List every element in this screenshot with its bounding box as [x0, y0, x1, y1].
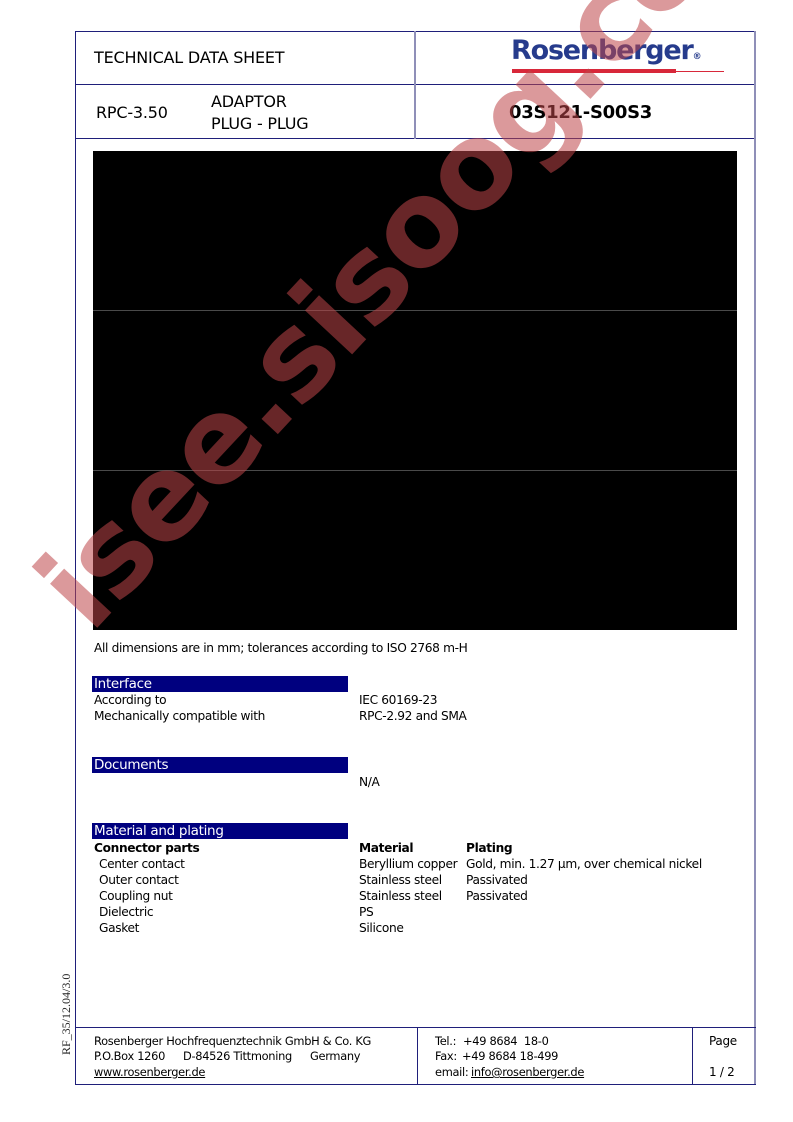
part-name: Outer contact: [99, 873, 179, 887]
part-name: Coupling nut: [99, 889, 173, 903]
dimensions-note: All dimensions are in mm; tolerances acc…: [94, 641, 468, 655]
form-reference: RF_35/12.04/3.0: [59, 974, 74, 1055]
logo-underline: [512, 69, 676, 73]
part-number: 03S121-S00S3: [509, 102, 652, 123]
part-plating: Gold, min. 1.27 µm, over chemical nickel: [466, 857, 702, 871]
footer-top: [75, 1027, 756, 1028]
footer-divider-2: [692, 1027, 693, 1085]
registered-mark-icon: ®: [693, 52, 702, 62]
drawing-separator: [93, 310, 737, 311]
fax-number: +49 8684 18-499: [462, 1049, 558, 1063]
part-material: Stainless steel: [359, 889, 442, 903]
material-header-material: Material: [359, 841, 413, 855]
material-header-part: Connector parts: [94, 841, 199, 855]
interface-value: RPC-2.92 and SMA: [359, 709, 467, 723]
interface-label: According to: [94, 693, 166, 707]
interface-label: Mechanically compatible with: [94, 709, 265, 723]
material-header-plating: Plating: [466, 841, 512, 855]
part-material: Beryllium copper: [359, 857, 457, 871]
page-label: Page: [709, 1034, 737, 1048]
email-label: email:: [435, 1065, 468, 1079]
po-box: P.O.Box 1260: [94, 1049, 165, 1063]
section-documents-title: Documents: [92, 757, 348, 773]
email-link[interactable]: info@rosenberger.de: [471, 1065, 584, 1079]
product-line-2: PLUG - PLUG: [211, 114, 309, 133]
drawing-separator: [93, 470, 737, 471]
tel-label: Tel.:: [435, 1034, 456, 1048]
part-plating: Passivated: [466, 889, 528, 903]
logo-underline-thin: [676, 71, 724, 72]
website-link[interactable]: www.rosenberger.de: [94, 1065, 205, 1079]
section-interface-title: Interface: [92, 676, 348, 692]
part-name: Center contact: [99, 857, 185, 871]
footer-bottom: [75, 1084, 756, 1085]
postal-address: D-84526 Tittmoning: [183, 1049, 292, 1063]
footer-divider-1: [417, 1027, 418, 1085]
header-column-divider: [414, 31, 416, 139]
part-material: Stainless steel: [359, 873, 442, 887]
part-plating: Passivated: [466, 873, 528, 887]
technical-drawing-image: [93, 151, 737, 630]
documents-value: N/A: [359, 775, 380, 789]
frame-left: [75, 31, 76, 1085]
frame-right: [754, 31, 756, 1085]
interface-value: IEC 60169-23: [359, 693, 437, 707]
brand-logo: Rosenberger®: [511, 36, 702, 66]
country: Germany: [310, 1049, 360, 1063]
company-name: Rosenberger Hochfrequenztechnik GmbH & C…: [94, 1034, 371, 1048]
part-material: PS: [359, 905, 373, 919]
page-number: 1 / 2: [709, 1065, 734, 1079]
part-name: Dielectric: [99, 905, 153, 919]
section-material-title: Material and plating: [92, 823, 348, 839]
product-line-1: ADAPTOR: [211, 92, 287, 111]
part-name: Gasket: [99, 921, 139, 935]
document-type: TECHNICAL DATA SHEET: [94, 48, 284, 67]
brand-name: Rosenberger: [511, 35, 693, 66]
part-material: Silicone: [359, 921, 403, 935]
tel-number: +49 8684 18-0: [463, 1034, 549, 1048]
series: RPC-3.50: [96, 103, 168, 122]
fax-label: Fax:: [435, 1049, 457, 1063]
